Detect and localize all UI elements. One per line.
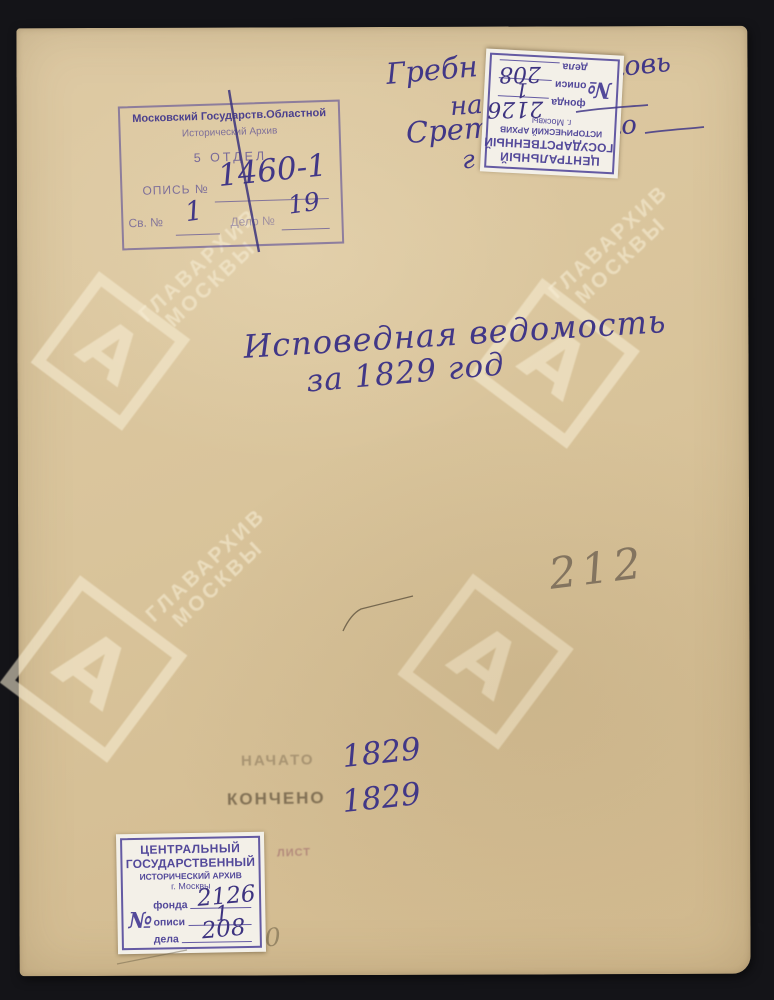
watermark-text: ГЛАВАРХИВМОСКВЫ xyxy=(545,181,688,319)
label-fond-label: фонда xyxy=(551,96,586,110)
label-opis-label: описи xyxy=(153,916,185,929)
central-state-archive-label-top: ЦЕНТРАЛЬНЫЙ ГОСУДАРСТВЕННЫЙ ИСТОРИЧЕСКИЙ… xyxy=(480,48,624,178)
watermark-logo: А xyxy=(397,573,573,749)
started-year-handwritten: 1829 xyxy=(341,734,423,773)
moscow-regional-archive-stamp: Московский Государств.Областной Историче… xyxy=(118,100,344,251)
finished-year-handwritten: 1829 xyxy=(341,779,423,818)
label-delo-label: дела xyxy=(562,60,588,73)
church-inscription-line1-start: Гребн xyxy=(385,52,479,89)
stamp-delo-label: Дело № xyxy=(230,214,275,229)
list-stamp-faint: ЛИСТ xyxy=(277,846,311,859)
scan-background: ГЛАВАРХИВМОСКВЫ А ГЛАВАРХИВМОСКВЫ А А ГЛ… xyxy=(0,0,774,1000)
label-opis-label: описи xyxy=(555,78,587,92)
stamp-archive-name-line1: Московский Государств.Областной xyxy=(120,107,338,126)
delo-number-handwritten: 208 xyxy=(201,915,247,945)
label-number-sign: № xyxy=(127,895,154,946)
stamp-sv-label: Св. № xyxy=(128,215,163,230)
delo-number-handwritten: 19 xyxy=(286,189,321,218)
label-delo-label: дела xyxy=(154,933,179,945)
label-fond-label: фонда xyxy=(153,899,188,912)
central-state-archive-label-bottom: ЦЕНТРАЛЬНЫЙ ГОСУДАРСТВЕННЫЙ ИСТОРИЧЕСКИЙ… xyxy=(116,832,266,955)
watermark-logo: А xyxy=(31,271,191,431)
started-stamp: НАЧАТО xyxy=(241,751,315,769)
pencil-page-number: 212 xyxy=(547,542,649,597)
watermark-text: ГЛАВАРХИВМОСКВЫ xyxy=(142,504,285,642)
sv-number-handwritten: 1 xyxy=(183,197,204,226)
label-number-sign: № xyxy=(585,62,614,117)
opis-number-handwritten: 1460-1 xyxy=(217,150,329,192)
delo-number-handwritten: 208 xyxy=(499,61,541,87)
watermark-logo: А xyxy=(0,575,187,763)
stamp-archive-name-line2: Исторический Архив xyxy=(121,124,339,142)
church-inscription-line3-start: Срет xyxy=(405,113,492,148)
label-archive-line2: ГОСУДАРСТВЕННЫЙ xyxy=(122,855,258,871)
finished-stamp: КОНЧЕНО xyxy=(227,788,326,810)
paper-tear-notch xyxy=(757,923,772,934)
church-inscription-line4-partial: г xyxy=(461,147,475,173)
